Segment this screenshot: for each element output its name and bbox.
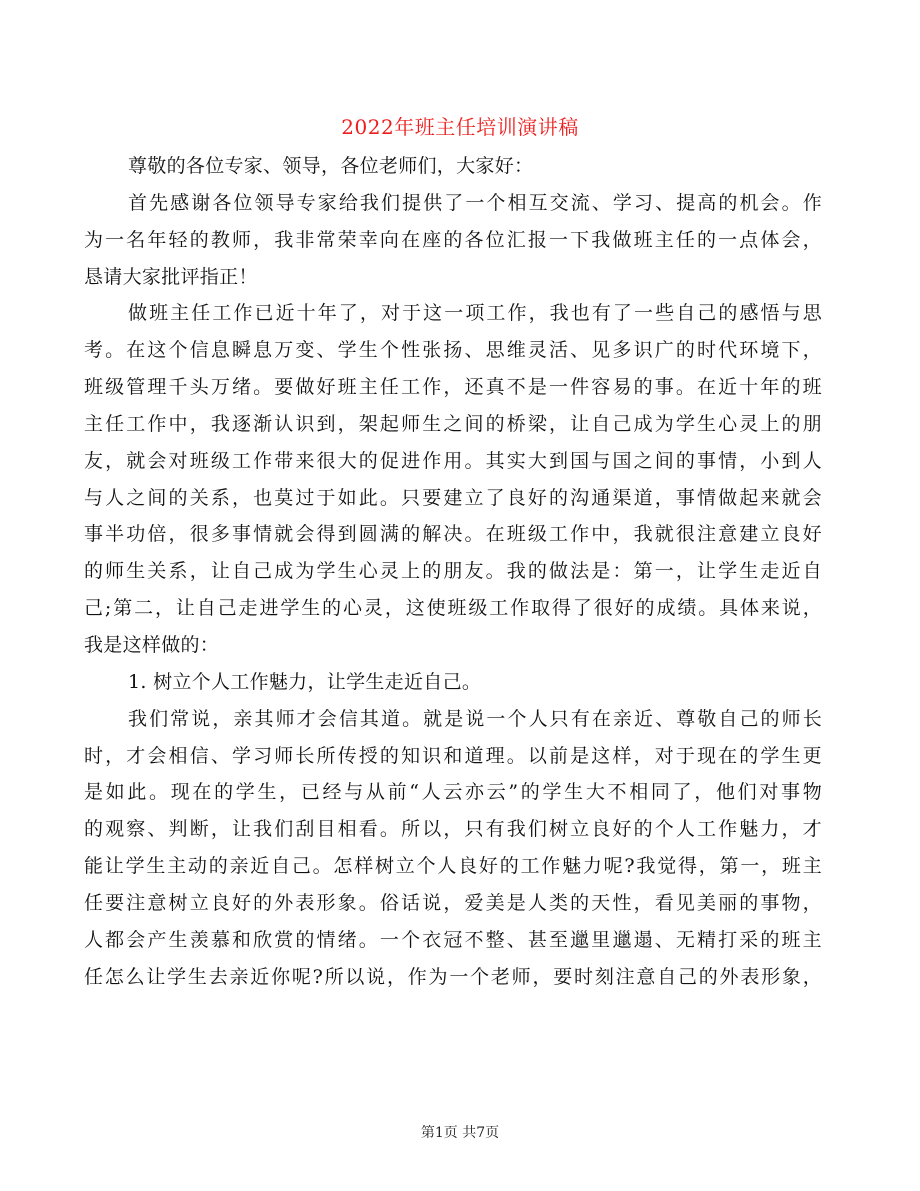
text-line: 时，才会相信、学习师长所传授的知识和道理。以前是这样，对于现在的学生更	[84, 738, 822, 775]
text-line: 是如此。现在的学生，已经与从前“人云亦云”的学生大不相同了，他们对事物	[84, 774, 822, 811]
text-line: 的观察、判断，让我们刮目相看。所以，只有我们树立良好的个人工作魅力，才	[84, 811, 822, 848]
page-indicator: 第1页 共7页	[0, 1123, 920, 1143]
text-line: 己;第二，让自己走进学生的心灵，这使班级工作取得了很好的成绩。具体来说，	[84, 590, 822, 627]
text-line: 班级管理千头万绪。要做好班主任工作，还真不是一件容易的事。在近十年的班	[84, 369, 822, 406]
text-line: 能让学生主动的亲近自己。怎样树立个人良好的工作魅力呢?我觉得，第一，班主	[84, 848, 822, 885]
section-heading: 1. 树立个人工作魅力，让学生走近自己。	[84, 664, 822, 701]
text-line: 尊敬的各位专家、领导，各位老师们，大家好：	[84, 148, 822, 185]
document-body: 尊敬的各位专家、领导，各位老师们，大家好： 首先感谢各位领导专家给我们提供了一个…	[84, 148, 822, 995]
document-page: 2022年班主任培训演讲稿 尊敬的各位专家、领导，各位老师们，大家好： 首先感谢…	[0, 0, 920, 1191]
text-line: 任怎么让学生去亲近你呢?所以说，作为一个老师，要时刻注意自己的外表形象，	[84, 959, 822, 996]
text-line: 考。在这个信息瞬息万变、学生个性张扬、思维灵活、见多识广的时代环境下，	[84, 332, 822, 369]
text-line: 为一名年轻的教师，我非常荣幸向在座的各位汇报一下我做班主任的一点体会，	[84, 222, 822, 259]
text-line: 恳请大家批评指正！	[84, 259, 822, 296]
text-line: 事半功倍，很多事情就会得到圆满的解决。在班级工作中，我就很注意建立良好	[84, 516, 822, 553]
text-line: 我们常说，亲其师才会信其道。就是说一个人只有在亲近、尊敬自己的师长	[84, 701, 822, 738]
text-line: 做班主任工作已近十年了，对于这一项工作，我也有了一些自己的感悟与思	[84, 295, 822, 332]
document-title: 2022年班主任培训演讲稿	[0, 112, 920, 142]
text-line: 首先感谢各位领导专家给我们提供了一个相互交流、学习、提高的机会。作	[84, 185, 822, 222]
text-line: 人都会产生羡慕和欣赏的情绪。一个衣冠不整、甚至邋里邋遢、无精打采的班主	[84, 922, 822, 959]
text-line: 的师生关系，让自己成为学生心灵上的朋友。我的做法是：第一，让学生走近自	[84, 553, 822, 590]
text-line: 我是这样做的：	[84, 627, 822, 664]
text-line: 任要注意树立良好的外表形象。俗话说，爱美是人类的天性，看见美丽的事物，	[84, 885, 822, 922]
text-line: 友，就会对班级工作带来很大的促进作用。其实大到国与国之间的事情，小到人	[84, 443, 822, 480]
text-line: 主任工作中，我逐渐认识到，架起师生之间的桥梁，让自己成为学生心灵上的朋	[84, 406, 822, 443]
text-line: 与人之间的关系，也莫过于如此。只要建立了良好的沟通渠道，事情做起来就会	[84, 480, 822, 517]
